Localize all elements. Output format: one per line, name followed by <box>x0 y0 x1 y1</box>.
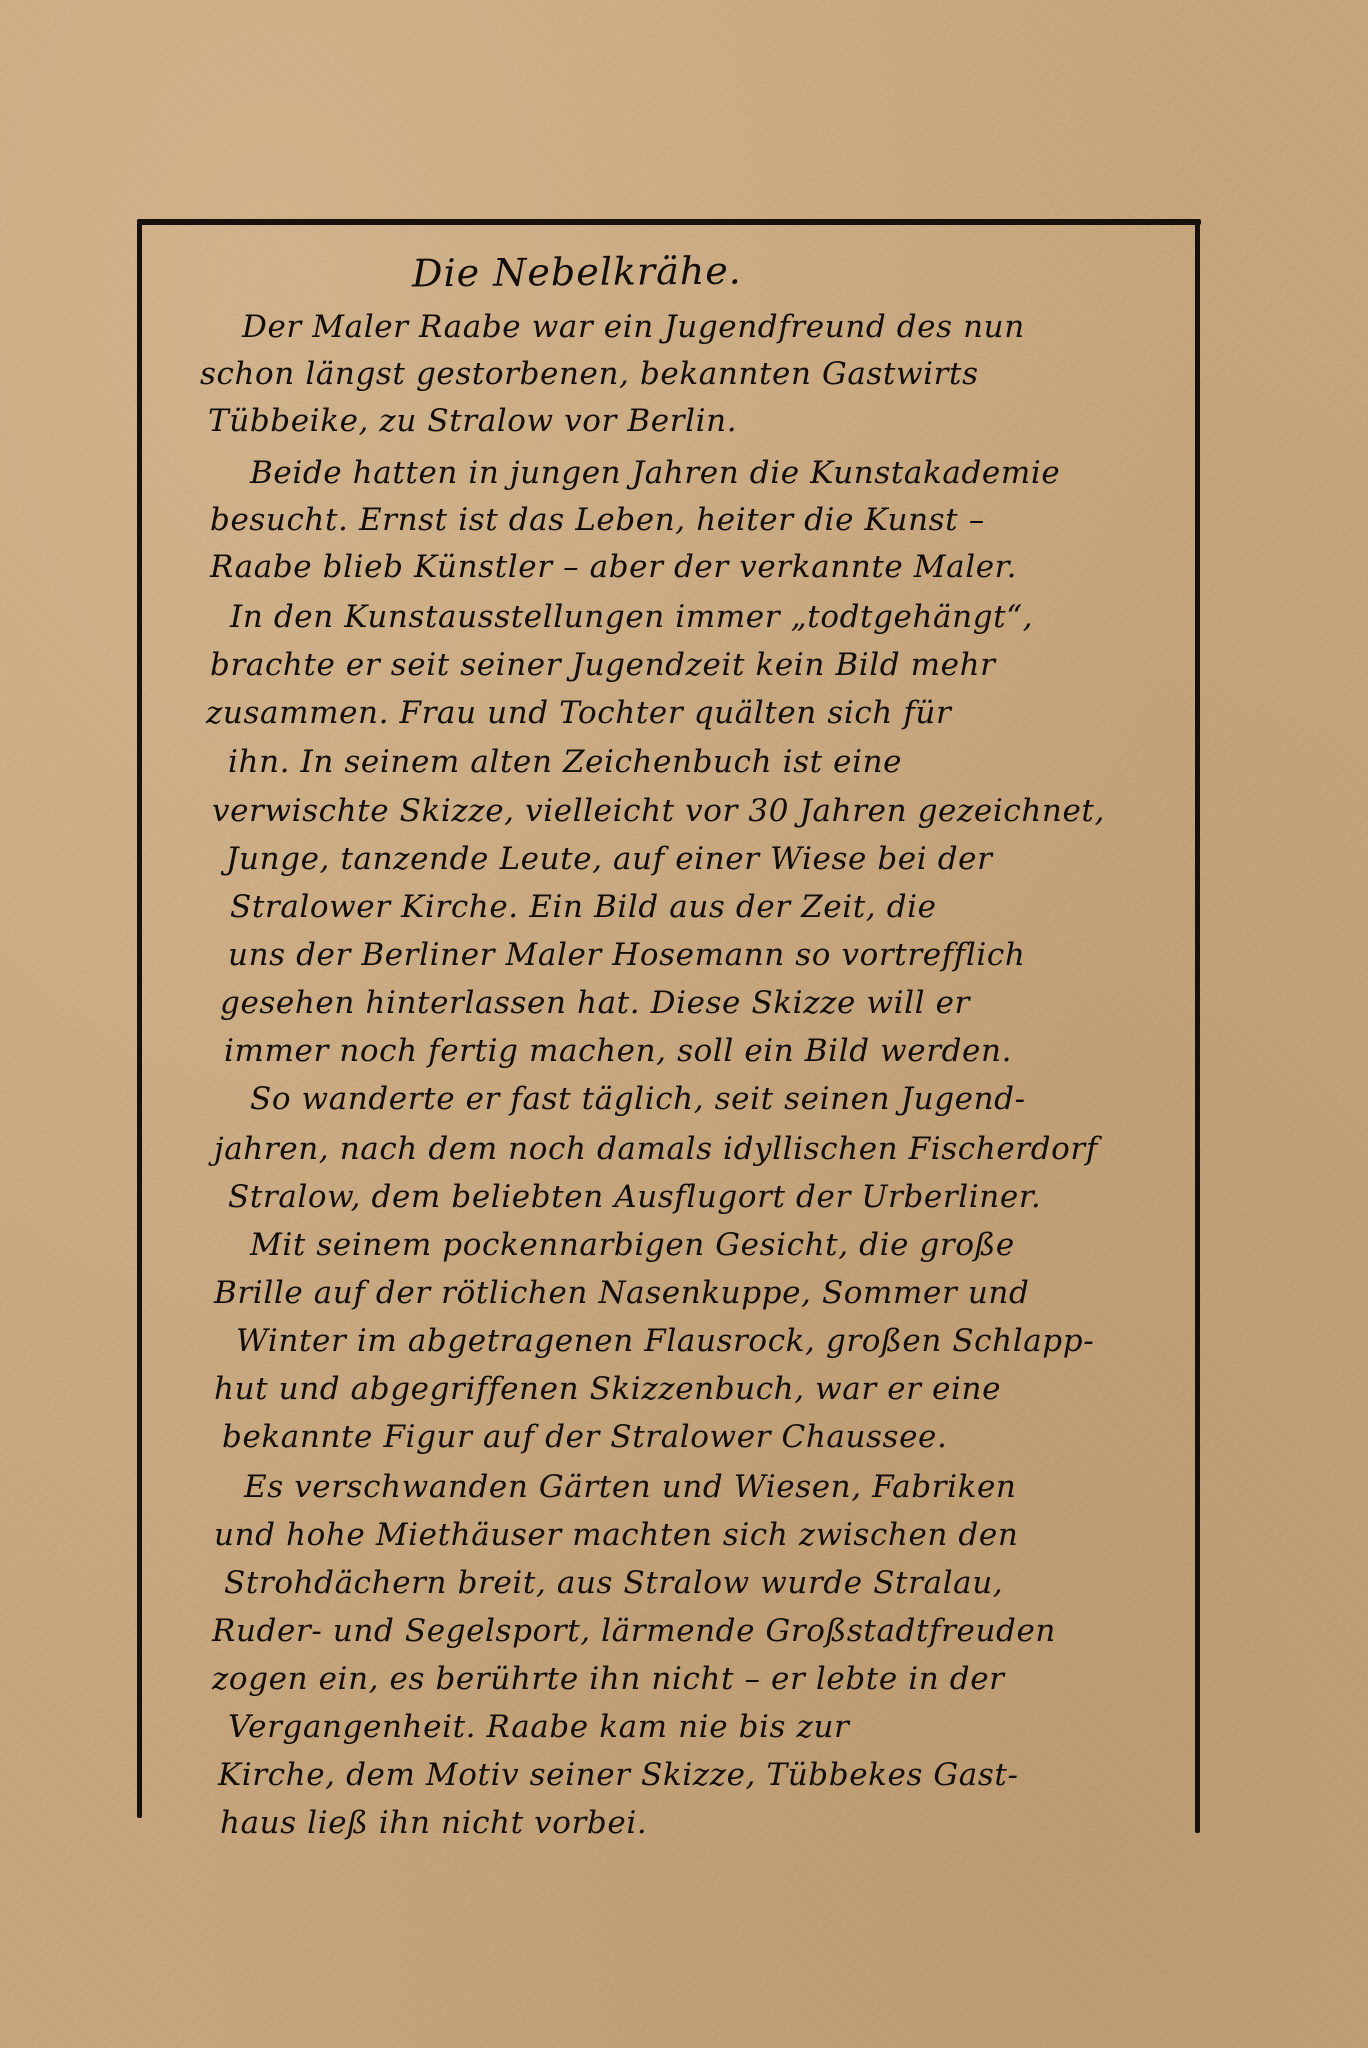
text-line: Vergangenheit. Raabe kam nie bis zur <box>228 1712 849 1743</box>
frame-border-right <box>1195 219 1200 1833</box>
text-line: jahren, nach dem noch damals idyllischen… <box>214 1134 1098 1165</box>
text-line: hut und abgegriffenen Skizzenbuch, war e… <box>214 1374 1001 1405</box>
text-line: brachte er seit seiner Jugendzeit kein B… <box>210 650 996 681</box>
text-line: Brille auf der rötlichen Nasenkuppe, Som… <box>214 1278 1029 1309</box>
text-line: besucht. Ernst ist das Leben, heiter die… <box>210 505 985 536</box>
kraft-paper-sheet: Die Nebelkrähe. Der Maler Raabe war ein … <box>0 0 1368 2048</box>
text-line: bekannte Figur auf der Stralower Chausse… <box>222 1422 947 1453</box>
text-line: Raabe blieb Künstler – aber der verkannt… <box>210 552 1017 583</box>
text-line: So wanderte er fast täglich, seit seinen… <box>250 1084 1026 1115</box>
text-line: Ruder- und Segelsport, lärmende Großstad… <box>212 1616 1056 1647</box>
text-line: Es verschwanden Gärten und Wiesen, Fabri… <box>244 1472 1016 1503</box>
text-line: Tübbeike, zu Stralow vor Berlin. <box>208 406 737 437</box>
text-line: schon längst gestorbenen, bekannten Gast… <box>200 359 979 390</box>
text-line: ihn. In seinem alten Zeichenbuch ist ein… <box>228 747 902 778</box>
frame-border-top <box>137 219 1201 225</box>
text-line: Der Maler Raabe war ein Jugendfreund des… <box>242 312 1025 343</box>
text-line: Stralower Kirche. Ein Bild aus der Zeit,… <box>230 892 937 923</box>
text-line: zogen ein, es berührte ihn nicht – er le… <box>212 1664 1005 1695</box>
text-line: immer noch fertig machen, soll ein Bild … <box>224 1036 1012 1067</box>
text-line: haus ließ ihn nicht vorbei. <box>220 1808 647 1839</box>
text-line: gesehen hinterlassen hat. Diese Skizze w… <box>220 988 970 1019</box>
text-line: Strohdächern breit, aus Stralow wurde St… <box>224 1568 1003 1599</box>
text-line: verwischte Skizze, vielleicht vor 30 Jah… <box>212 796 1105 827</box>
manuscript-title: Die Nebelkrähe. <box>412 249 742 296</box>
text-line: und hohe Miethäuser machten sich zwische… <box>214 1520 1018 1551</box>
text-line: Mit seinem pockennarbigen Gesicht, die g… <box>250 1230 1015 1261</box>
frame-border-left <box>137 219 142 1818</box>
text-line: In den Kunstausstellungen immer „todtgeh… <box>230 602 1033 633</box>
text-line: Stralow, dem beliebten Ausflugort der Ur… <box>228 1182 1041 1213</box>
text-line: zusammen. Frau und Tochter quälten sich … <box>206 698 951 729</box>
text-line: Junge, tanzende Leute, auf einer Wiese b… <box>226 844 993 875</box>
text-line: Kirche, dem Motiv seiner Skizze, Tübbeke… <box>218 1760 1019 1791</box>
text-line: Winter im abgetragenen Flausrock, großen… <box>236 1326 1094 1357</box>
text-line: Beide hatten in jungen Jahren die Kunsta… <box>250 458 1060 489</box>
text-line: uns der Berliner Maler Hosemann so vortr… <box>228 940 1025 971</box>
